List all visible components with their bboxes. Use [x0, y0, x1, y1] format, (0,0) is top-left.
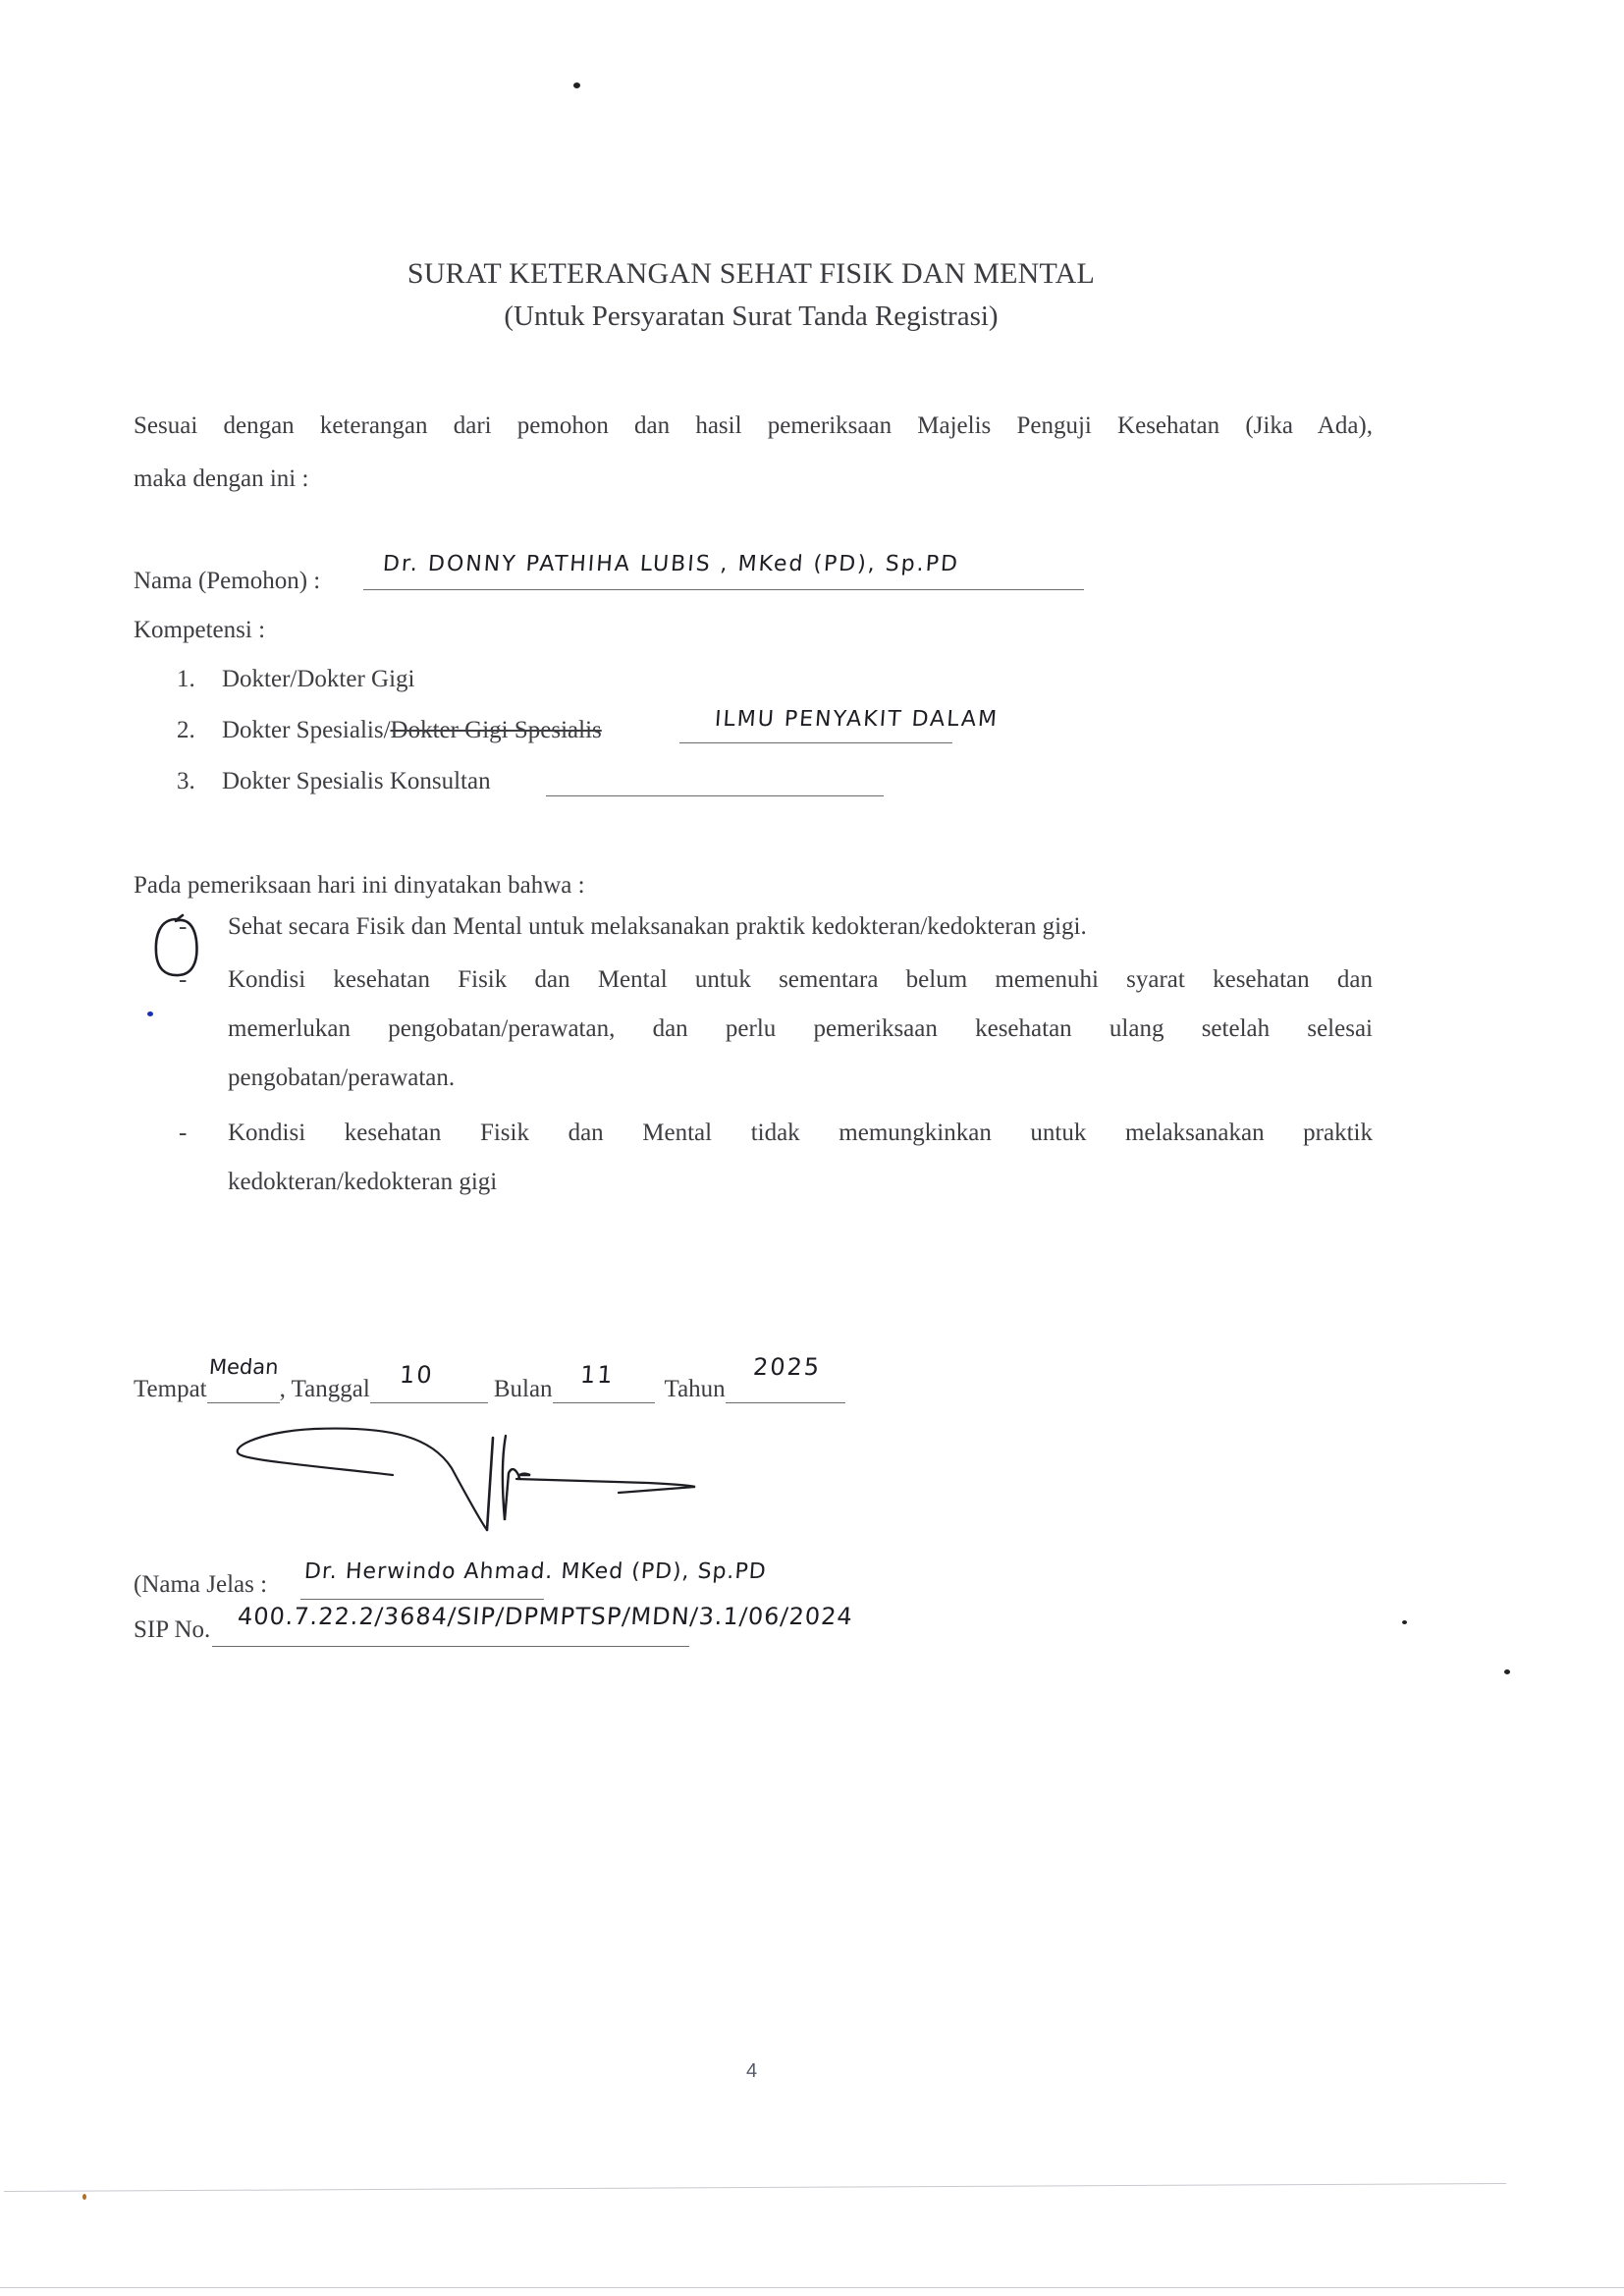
month-value: 11: [579, 1361, 616, 1389]
signer-name-value: Dr. Herwindo Ahmad. MKed (PD), Sp.PD: [303, 1559, 767, 1584]
place-value: Medan: [208, 1355, 279, 1379]
struck-out-text: Dokter Gigi Spesialis: [391, 717, 602, 743]
competence-item-number: 3.: [177, 768, 222, 795]
signature: [226, 1414, 707, 1542]
exam-option-1[interactable]: -Sehat secara Fisik dan Mental untuk mel…: [179, 913, 1087, 941]
scan-speck: [1504, 1669, 1510, 1674]
day-value: 10: [399, 1361, 435, 1389]
option-text-line-3: pengobatan/perawatan.: [228, 1065, 1373, 1092]
scan-speck: [1402, 1620, 1407, 1624]
competence-item-2: 2.Dokter Spesialis/Dokter Gigi Spesialis: [177, 717, 602, 744]
applicant-name-field[interactable]: Dr. DONNY PATHIHA LUBIS , MKed (PD), Sp.…: [363, 550, 1084, 590]
month-label: Bulan: [494, 1376, 553, 1403]
option-text-line-1: Kondisi kesehatan Fisik dan Mental tidak…: [228, 1120, 1373, 1147]
applicant-name-value: Dr. DONNY PATHIHA LUBIS , MKed (PD), Sp.…: [382, 552, 960, 576]
year-value: 2025: [752, 1353, 822, 1381]
intro-paragraph-line-2: maka dengan ini :: [134, 465, 308, 493]
scan-edge-line: [0, 2287, 1624, 2288]
competence-item-text: Dokter Spesialis Konsultan: [222, 768, 491, 794]
option-text-line-2: kedokteran/kedokteran gigi: [228, 1169, 1373, 1196]
option-text: Sehat secara Fisik dan Mental untuk mela…: [228, 913, 1087, 940]
day-label: , Tanggal: [280, 1376, 370, 1403]
scan-edge-line: [4, 2183, 1506, 2192]
scan-speck: [573, 82, 580, 88]
year-field[interactable]: 2025: [726, 1373, 845, 1403]
specialist-value: ILMU PENYAKIT DALAM: [714, 707, 1000, 732]
specialist-field[interactable]: ILMU PENYAKIT DALAM: [679, 709, 952, 743]
signer-name-field[interactable]: Dr. Herwindo Ahmad. MKed (PD), Sp.PD: [300, 1561, 544, 1600]
intro-paragraph-line-1: Sesuai dengan keterangan dari pemohon da…: [134, 412, 1373, 440]
month-field[interactable]: 11: [553, 1373, 655, 1403]
scan-speck: [82, 2194, 86, 2200]
signer-name-label: (Nama Jelas :: [134, 1571, 267, 1599]
year-label: Tahun: [665, 1376, 726, 1403]
exam-option-3[interactable]: - Kondisi kesehatan Fisik dan Mental tid…: [179, 1120, 1373, 1196]
place-date-row: Tempat Medan , Tanggal 10 Bulan 11 Tahun…: [134, 1373, 845, 1403]
option-text-line-2: memerlukan pengobatan/perawatan, dan per…: [228, 1015, 1373, 1043]
consultant-field[interactable]: [546, 762, 884, 796]
option-marker: -: [179, 966, 228, 994]
sip-field[interactable]: 400.7.22.2/3684/SIP/DPMPTSP/MDN/3.1/06/2…: [212, 1607, 689, 1647]
competence-item-text: Dokter Spesialis/: [222, 717, 391, 743]
competence-item-1: 1.Dokter/Dokter Gigi: [177, 666, 414, 693]
option-text-line-1: Kondisi kesehatan Fisik dan Mental untuk…: [228, 966, 1373, 994]
competence-item-number: 1.: [177, 666, 222, 693]
document-subtitle: (Untuk Persyaratan Surat Tanda Registras…: [0, 301, 1502, 333]
applicant-label: Nama (Pemohon) :: [134, 568, 320, 595]
option-marker: -: [179, 913, 228, 941]
examination-label: Pada pemeriksaan hari ini dinyatakan bah…: [134, 872, 585, 900]
document-title: SURAT KETERANGAN SEHAT FISIK DAN MENTAL: [0, 257, 1502, 291]
place-field[interactable]: Medan: [207, 1373, 280, 1403]
stray-ink-dot: [147, 1011, 153, 1016]
place-label: Tempat: [134, 1376, 207, 1403]
option-marker: -: [179, 1120, 228, 1147]
competence-item-text: Dokter/Dokter Gigi: [222, 666, 414, 692]
competence-label: Kompetensi :: [134, 617, 265, 644]
day-field[interactable]: 10: [370, 1373, 488, 1403]
competence-item-number: 2.: [177, 717, 222, 744]
page-number: 4: [746, 2060, 757, 2083]
sip-label: SIP No.: [134, 1616, 210, 1644]
exam-option-2[interactable]: - Kondisi kesehatan Fisik dan Mental unt…: [179, 966, 1373, 1092]
sip-value: 400.7.22.2/3684/SIP/DPMPTSP/MDN/3.1/06/2…: [237, 1603, 854, 1630]
competence-item-3: 3.Dokter Spesialis Konsultan: [177, 768, 491, 795]
